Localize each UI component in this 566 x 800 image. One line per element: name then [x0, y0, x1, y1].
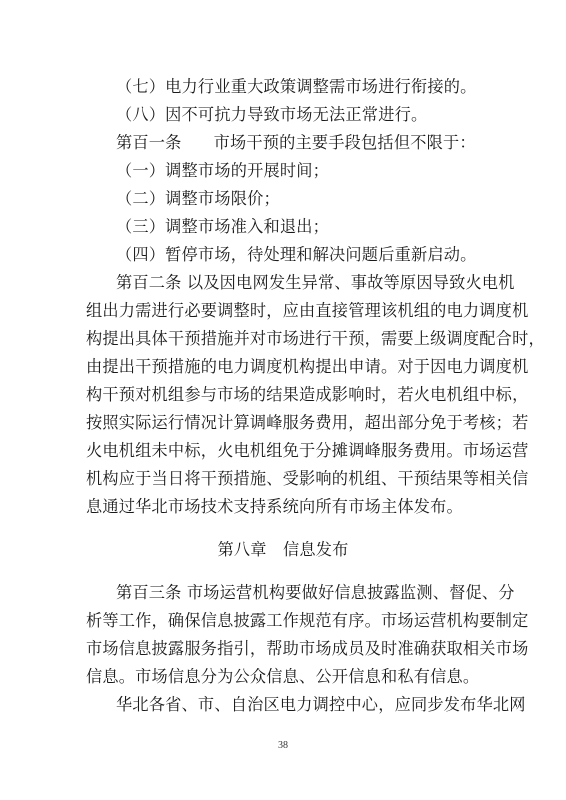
measure-1: （一）调整市场的开展时间； [116, 161, 516, 181]
article-102-line-6: 按照实际运行情况计算调峰服务费用，超出部分免于考核；若 [86, 413, 486, 433]
article-101-text: 市场干预的主要手段包括但不限于： [214, 133, 476, 152]
article-102-line-7: 火电机组未中标，火电机组免于分摊调峰服务费用。市场运营 [86, 441, 486, 461]
measure-4: （四）暂停市场，待处理和解决问题后重新启动。 [116, 245, 516, 265]
article-101-number: 第百一条 [116, 133, 182, 152]
article-102-line-9: 息通过华北市场技术支持系统向所有市场主体发布。 [86, 497, 486, 517]
article-103-line-2: 析等工作，确保信息披露工作规范有序。市场运营机构要制定 [86, 611, 486, 631]
measure-3: （三）调整市场准入和退出； [116, 217, 516, 237]
article-102-line-8: 机构应于当日将干预措施、受影响的机组、干预结果等相关信 [86, 469, 486, 489]
document-page: （七）电力行业重大政策调整需市场进行衔接的。 （八）因不可抗力导致市场无法正常进… [0, 0, 566, 800]
clause-8: （八）因不可抗力导致市场无法正常进行。 [116, 105, 516, 125]
paragraph-north-china: 华北各省、市、自治区电力调控中心，应同步发布华北网 [116, 695, 516, 715]
article-102-line-5: 构干预对机组参与市场的结果造成影响时，若火电机组中标， [86, 385, 486, 405]
clause-7: （七）电力行业重大政策调整需市场进行衔接的。 [116, 77, 516, 97]
measure-2: （二）调整市场限价； [116, 189, 516, 209]
article-103-line-1: 第百三条 市场运营机构要做好信息披露监测、督促、分 [116, 583, 516, 603]
article-103-line-4: 信息。市场信息分为公众信息、公开信息和私有信息。 [86, 667, 486, 687]
article-102-line-1: 第百二条 以及因电网发生异常、事故等原因导致火电机 [116, 273, 516, 293]
page-number: 38 [0, 740, 566, 751]
article-101: 第百一条市场干预的主要手段包括但不限于： [116, 133, 516, 153]
article-102-line-2: 组出力需进行必要调整时，应由直接管理该机组的电力调度机 [86, 301, 486, 321]
chapter-heading: 第八章 信息发布 [0, 540, 566, 560]
article-102-line-4: 由提出干预措施的电力调度机构提出申请。对于因电力调度机 [86, 357, 486, 377]
article-103-line-3: 市场信息披露服务指引，帮助市场成员及时准确获取相关市场 [86, 639, 486, 659]
article-102-line-3: 构提出具体干预措施并对市场进行干预，需要上级调度配合时， [86, 329, 486, 349]
